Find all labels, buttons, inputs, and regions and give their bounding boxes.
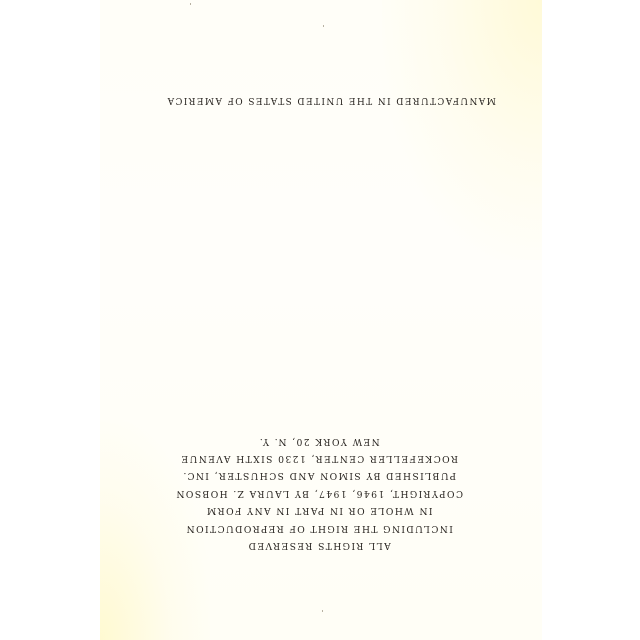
paper-speck (322, 610, 323, 612)
colophon-line-address: ROCKEFELLER CENTER, 1230 SIXTH AVENUE (100, 449, 540, 466)
manufactured-notice: MANUFACTURED IN THE UNITED STATES OF AME… (110, 95, 542, 105)
colophon-line-reproduction: INCLUDING THE RIGHT OF REPRODUCTION (100, 519, 540, 536)
colophon-line-copyright: COPYRIGHT, 1946, 1947, BY LAURA Z. HOBSO… (100, 484, 540, 501)
scan-canvas: MANUFACTURED IN THE UNITED STATES OF AME… (0, 0, 640, 640)
paper-speck (323, 25, 324, 27)
colophon-line-publisher: PUBLISHED BY SIMON AND SCHUSTER, INC. (100, 467, 540, 484)
book-page: MANUFACTURED IN THE UNITED STATES OF AME… (100, 0, 542, 640)
paper-speck (190, 3, 191, 5)
copyright-colophon: ALL RIGHTS RESERVED INCLUDING THE RIGHT … (100, 432, 540, 554)
colophon-line-city: NEW YORK 20, N. Y. (100, 432, 540, 449)
colophon-line-rights: ALL RIGHTS RESERVED (100, 536, 540, 553)
colophon-line-form: IN WHOLE OR IN PART IN ANY FORM (100, 502, 540, 519)
